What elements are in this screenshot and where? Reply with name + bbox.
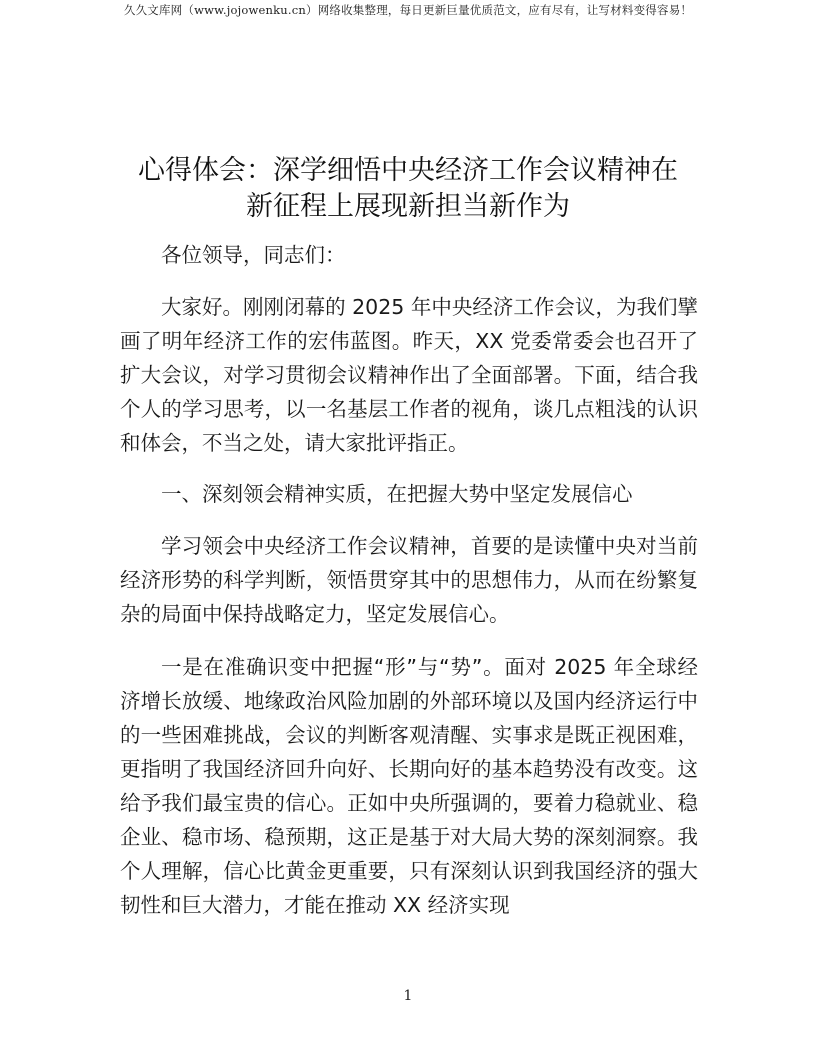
title-line-1: 心得体会：深学细悟中央经济工作会议精神在 [138,155,678,186]
salutation: 各位领导，同志们： [120,238,698,272]
header-banner: 久久文库网（www.jojowenku.cn）网络收集整理，每日更新巨量优质范文… [0,2,816,18]
page-title: 心得体会：深学细悟中央经济工作会议精神在 新征程上展现新担当新作为 [60,153,756,225]
paragraph-opening: 大家好。刚刚闭幕的 2025 年中央经济工作会议，为我们擘画了明年经济工作的宏伟… [120,290,698,460]
paragraph: 一是在准确识变中把握“形”与“势”。面对 2025 年全球经济增长放缓、地缘政治… [120,650,698,922]
title-line-2: 新征程上展现新担当新作为 [246,191,570,222]
paragraph: 学习领会中央经济工作会议精神，首要的是读懂中央对当前经济形势的科学判断，领悟贯穿… [120,529,698,631]
section-heading: 一、深刻领会精神实质，在把握大势中坚定发展信心 [120,477,698,511]
page-number: 1 [0,988,816,1004]
